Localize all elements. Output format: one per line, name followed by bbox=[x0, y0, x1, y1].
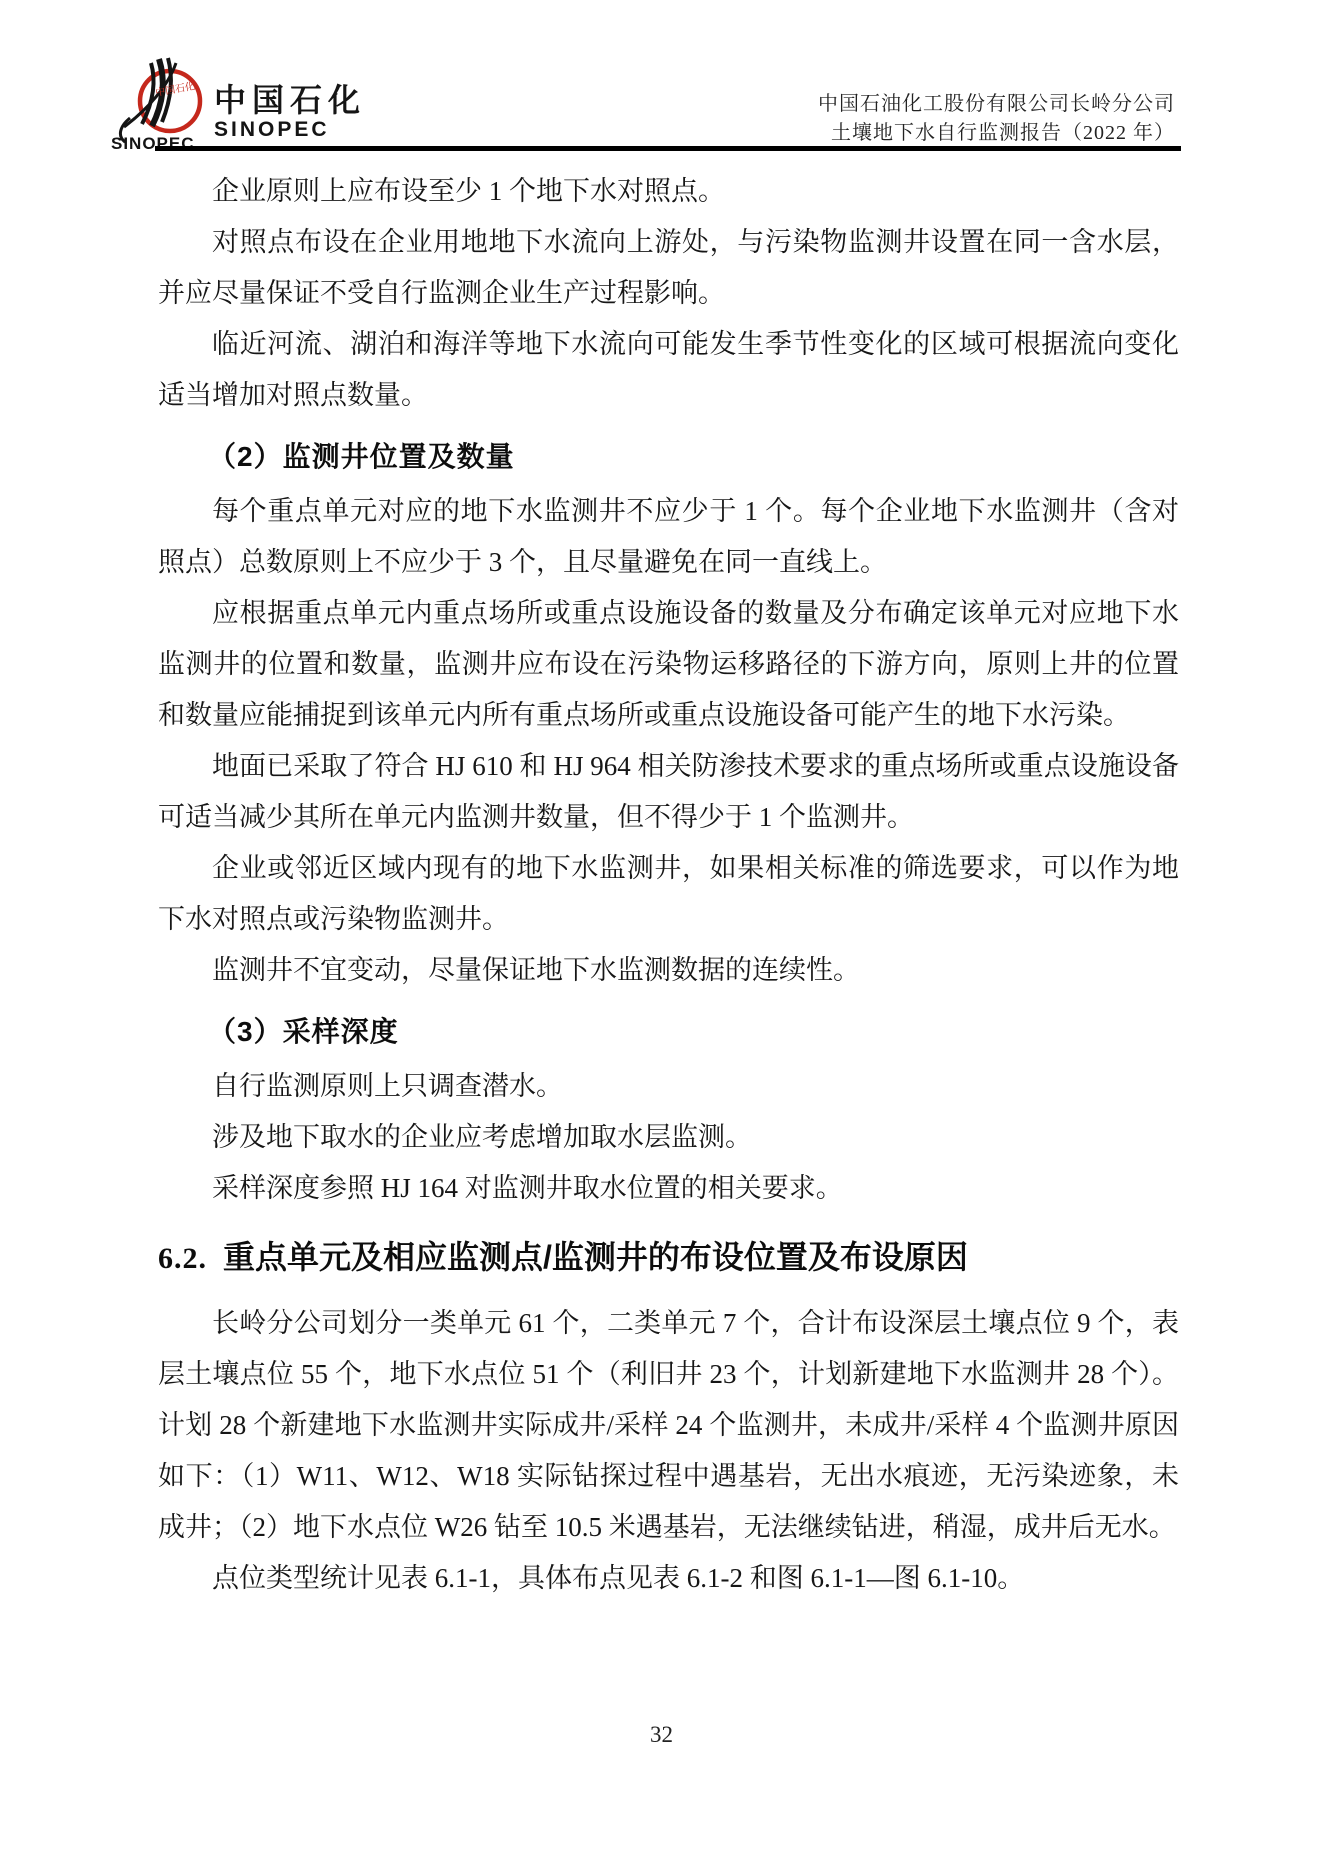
subsection-heading: （2）监测井位置及数量 bbox=[158, 431, 1179, 482]
page-footer: 32 bbox=[0, 1722, 1323, 1748]
page-number: 32 bbox=[650, 1722, 673, 1747]
paragraph: 对照点布设在企业用地地下水流向上游处，与污染物监测井设置在同一含水层，并应尽量保… bbox=[158, 217, 1179, 319]
paragraph: 涉及地下取水的企业应考虑增加取水层监测。 bbox=[158, 1112, 1179, 1163]
section-heading: 6.2.重点单元及相应监测点/监测井的布设位置及布设原因 bbox=[158, 1228, 1179, 1288]
paragraph: 应根据重点单元内重点场所或重点设施设备的数量及分布确定该单元对应地下水监测井的位… bbox=[158, 588, 1179, 741]
logo-english-name: SINOPEC bbox=[214, 118, 366, 142]
report-title: 土壤地下水自行监测报告（2022 年） bbox=[818, 119, 1175, 148]
paragraph: 企业原则上应布设至少 1 个地下水对照点。 bbox=[158, 166, 1179, 217]
company-name: 中国石油化工股份有限公司长岭分公司 bbox=[818, 90, 1175, 119]
header-divider bbox=[155, 146, 1181, 151]
document-body: 企业原则上应布设至少 1 个地下水对照点。对照点布设在企业用地地下水流向上游处，… bbox=[158, 166, 1179, 1604]
paragraph: 监测井不宜变动，尽量保证地下水监测数据的连续性。 bbox=[158, 945, 1179, 996]
report-header-text: 中国石油化工股份有限公司长岭分公司 土壤地下水自行监测报告（2022 年） bbox=[818, 90, 1175, 148]
paragraph: 临近河流、湖泊和海洋等地下水流向可能发生季节性变化的区域可根据流向变化适当增加对… bbox=[158, 319, 1179, 421]
paragraph: 企业或邻近区域内现有的地下水监测井，如果相关标准的筛选要求，可以作为地下水对照点… bbox=[158, 843, 1179, 945]
paragraph: 自行监测原则上只调查潜水。 bbox=[158, 1061, 1179, 1112]
sinopec-logo-icon: 中国石化 SINOPEC bbox=[108, 56, 226, 154]
section-number: 6.2. bbox=[158, 1242, 207, 1275]
paragraph: 长岭分公司划分一类单元 61 个，二类单元 7 个，合计布设深层土壤点位 9 个… bbox=[158, 1298, 1179, 1553]
paragraph: 地面已采取了符合 HJ 610 和 HJ 964 相关防渗技术要求的重点场所或重… bbox=[158, 741, 1179, 843]
paragraph: 采样深度参照 HJ 164 对监测井取水位置的相关要求。 bbox=[158, 1163, 1179, 1214]
logo-wordmark: 中国石化 SINOPEC bbox=[214, 82, 366, 142]
paragraph: 点位类型统计见表 6.1-1，具体布点见表 6.1-2 和图 6.1-1—图 6… bbox=[158, 1553, 1179, 1604]
logo-chinese-name: 中国石化 bbox=[214, 82, 366, 118]
subsection-heading: （3）采样深度 bbox=[158, 1006, 1179, 1057]
document-page: 中国石化 SINOPEC 中国石化 SINOPEC 中国石油化工股份有限公司长岭… bbox=[0, 0, 1323, 1871]
section-title: 重点单元及相应监测点/监测井的布设位置及布设原因 bbox=[223, 1239, 968, 1275]
paragraph: 每个重点单元对应的地下水监测井不应少于 1 个。每个企业地下水监测井（含对照点）… bbox=[158, 486, 1179, 588]
